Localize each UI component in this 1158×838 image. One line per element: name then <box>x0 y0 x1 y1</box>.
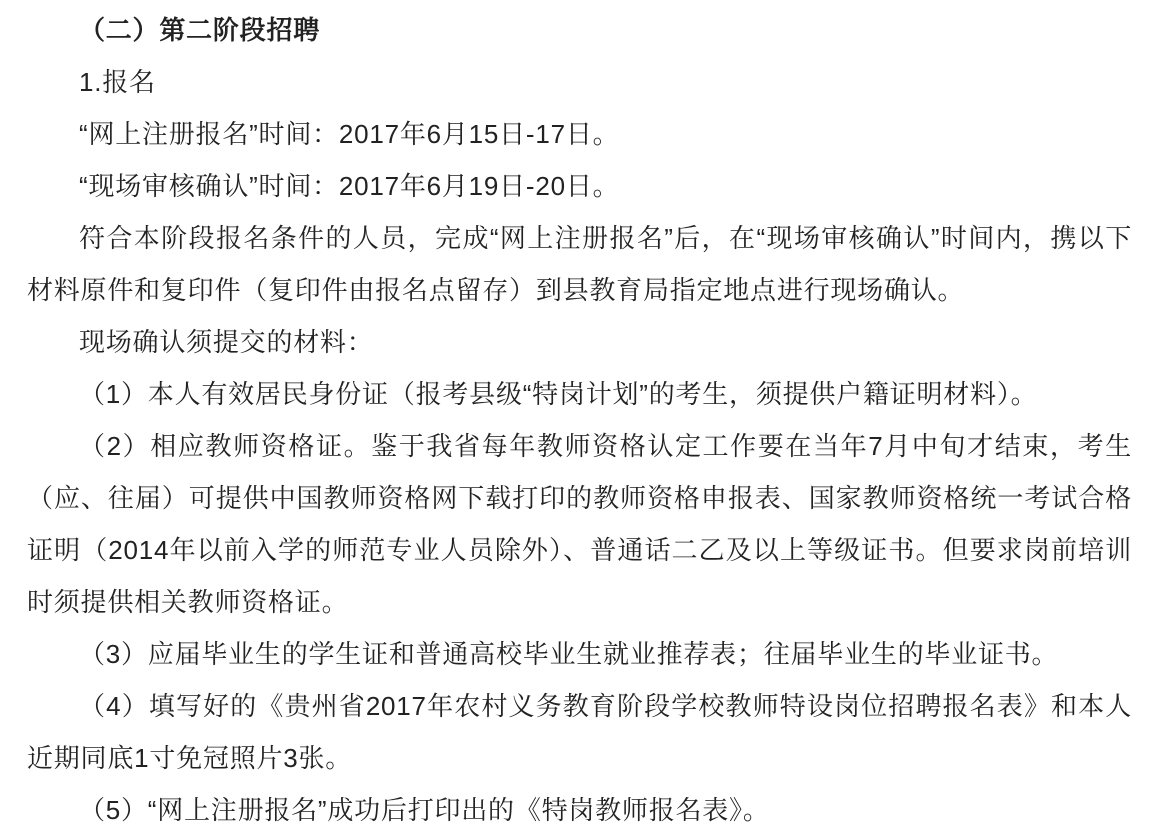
paragraph-onsite-confirmation-time: “现场审核确认”时间：2017年6月19日-20日。 <box>27 160 1132 212</box>
paragraph-item-2-teacher-certificate: （2）相应教师资格证。鉴于我省每年教师资格认定工作要在当年7月中旬才结束，考生（… <box>27 420 1132 628</box>
paragraph-signup-title: 1.报名 <box>27 56 1132 108</box>
paragraph-confirmation-instructions: 符合本阶段报名条件的人员，完成“网上注册报名”后，在“现场审核确认”时间内，携以… <box>27 212 1132 316</box>
document-page: （二）第二阶段招聘 1.报名 “网上注册报名”时间：2017年6月15日-17日… <box>0 0 1158 838</box>
paragraph-item-3-student-certificate: （3）应届毕业生的学生证和普通高校毕业生就业推荐表；往届毕业生的毕业证书。 <box>27 628 1132 680</box>
paragraph-materials-intro: 现场确认须提交的材料： <box>27 316 1132 368</box>
paragraph-item-1-id-card: （1）本人有效居民身份证（报考县级“特岗计划”的考生，须提供户籍证明材料）。 <box>27 368 1132 420</box>
paragraph-item-5-printed-form: （5）“网上注册报名”成功后打印出的《特岗教师报名表》。 <box>27 784 1132 836</box>
paragraph-item-4-application-form: （4）填写好的《贵州省2017年农村义务教育阶段学校教师特设岗位招聘报名表》和本… <box>27 680 1132 784</box>
section-heading: （二）第二阶段招聘 <box>27 4 1132 56</box>
paragraph-online-registration-time: “网上注册报名”时间：2017年6月15日-17日。 <box>27 108 1132 160</box>
